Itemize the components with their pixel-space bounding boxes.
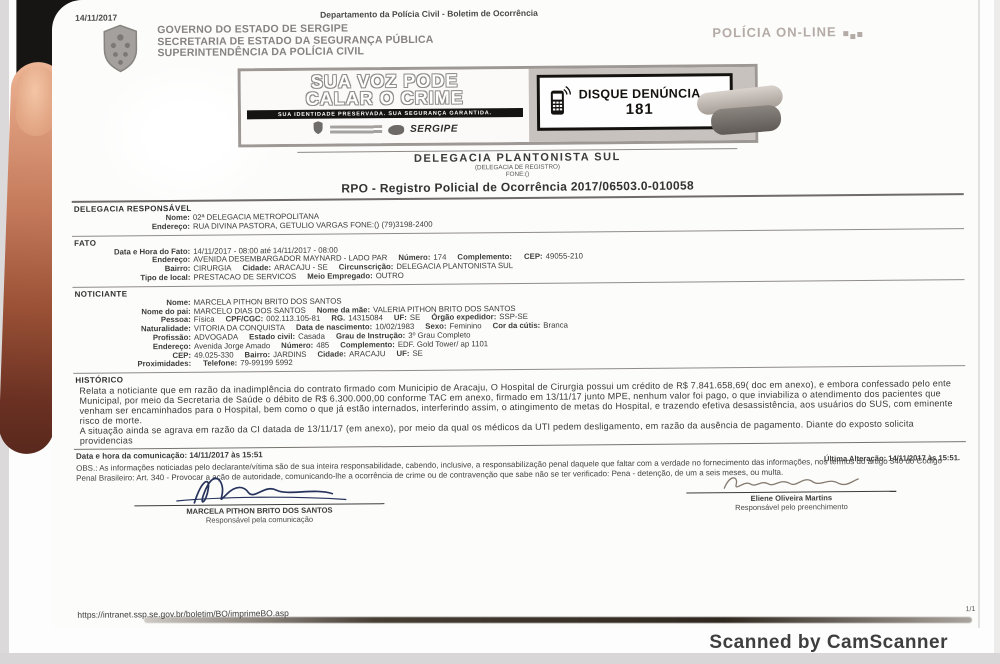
section-historico: HISTÓRICO Relata a noticiante que em raz… xyxy=(73,365,966,449)
signature-communicator: MARCELA PITHON BRITO DOS SANTOS Responsá… xyxy=(134,473,384,525)
field-value: 79-99199 5992 xyxy=(240,358,293,367)
field-label: CEP: xyxy=(524,252,543,261)
government-header: GOVERNO DO ESTADO DE SERGIPE SECRETARIA … xyxy=(157,23,433,60)
report-form: DELEGACIA RESPONSÁVEL Nome:02ª DELEGACIA… xyxy=(72,193,966,487)
field-value: Avenida Jorge Amado xyxy=(194,341,270,351)
policia-online-text: POLÍCIA ON-LINE xyxy=(712,24,836,40)
field-value: SE xyxy=(410,313,420,322)
slogan-line-2: CALAR O CRIME xyxy=(241,89,529,109)
signature-officer: Eliene Oliveira Martins Responsável pelo… xyxy=(686,469,896,521)
field-value: Feminino xyxy=(449,321,481,330)
camscanner-watermark: Scanned by CamScanner xyxy=(709,632,948,654)
pressing-hand-graphic xyxy=(693,75,784,138)
section-noticiante: NOTICIANTE Nome:MARCELA PITHON BRITO DOS… xyxy=(72,279,965,373)
photo-edge-bottom xyxy=(0,653,1000,664)
document-content: 14/11/2017 Departamento da Polícia Civil… xyxy=(52,0,985,632)
field-value: EDF. Gold Tower/ ap 1101 xyxy=(398,339,488,349)
field-label: Cidade: xyxy=(317,349,346,358)
field-value: SE xyxy=(412,348,422,357)
paper-edge-shadow xyxy=(144,617,972,623)
field-value: PRESTACAO DE SERVICOS xyxy=(193,272,296,282)
field-value: DELEGACIA PLANTONISTA SUL xyxy=(396,261,513,271)
signatures-row: MARCELA PITHON BRITO DOS SANTOS Responsá… xyxy=(74,468,966,526)
page-number: 1/1 xyxy=(966,606,976,613)
policia-online-logo: POLÍCIA ON-LINE xyxy=(712,24,862,40)
banner-slogan-area: SUA VOZ PODE CALAR O CRIME SUA IDENTIDAD… xyxy=(241,69,529,145)
field-value: Branca xyxy=(543,321,568,330)
photo-edge-right xyxy=(994,0,1000,664)
banner-tagline: SUA IDENTIDADE PRESERVADA. SUA SEGURANÇA… xyxy=(247,108,523,119)
signer-role: Responsável pela comunicação xyxy=(134,514,384,525)
org-line-3: SUPERINTENDÊNCIA DA POLÍCIA CIVIL xyxy=(157,46,433,60)
field-value: ARACAJU xyxy=(349,349,385,358)
section-fields: Data e Hora do Fato:14/11/2017 - 08:00at… xyxy=(72,241,964,284)
report-title-block: DELEGACIA PLANTONISTA SUL (DELEGACIA DE … xyxy=(53,146,981,198)
field-label: Endereço: xyxy=(72,223,190,233)
field-value: 174 xyxy=(433,253,446,262)
mini-crest-icon xyxy=(312,121,324,140)
field-label: RG. xyxy=(331,314,345,323)
banner-logo-row: SERGIPE xyxy=(241,119,529,141)
sergipe-swoosh-icon xyxy=(388,124,404,134)
sergipe-crest-icon xyxy=(100,23,140,78)
field-label: UF: xyxy=(394,313,407,322)
disque-text: DISQUE DENÚNCIA 181 xyxy=(579,86,701,118)
disque-denuncia-banner: SUA VOZ PODE CALAR O CRIME SUA IDENTIDAD… xyxy=(238,64,759,148)
gov-logos-smudge xyxy=(330,125,382,134)
sergipe-logo-text: SERGIPE xyxy=(410,124,458,135)
disque-number: 181 xyxy=(579,100,701,118)
field-label: Sexo: xyxy=(425,322,446,331)
scanned-photo: 14/11/2017 Departamento da Polícia Civil… xyxy=(0,0,1000,664)
field-value: 485 xyxy=(316,340,329,349)
banner-slogan: SUA VOZ PODE CALAR O CRIME xyxy=(241,72,529,109)
field-value: Física xyxy=(194,315,215,324)
field-label: Número: xyxy=(281,341,313,350)
field-label: Proximidades: xyxy=(73,360,191,370)
field-value: ADVOGADA xyxy=(194,332,238,341)
ultima-alteracao: Última Alteração: 14/11/2017 às 15:51. xyxy=(824,453,960,463)
disque-label: DISQUE DENÚNCIA xyxy=(579,86,701,101)
field-value: JARDINS xyxy=(273,349,306,358)
department-title: Departamento da Polícia Civil - Boletim … xyxy=(320,8,538,20)
section-fields: Nome:MARCELA PITHON BRITO DOS SANTOSNome… xyxy=(73,292,966,370)
section-fato: FATO Data e Hora do Fato:14/11/2017 - 08… xyxy=(72,228,964,287)
pixel-squares-icon xyxy=(841,24,862,39)
print-date: 14/11/2017 xyxy=(75,12,117,22)
field-label: Telefone: xyxy=(203,359,237,368)
field-value: Casada xyxy=(298,332,325,341)
field-value: OUTRO xyxy=(376,271,404,280)
field-label: UF: xyxy=(396,349,409,358)
field-label: Meio Empregado: xyxy=(307,271,372,281)
field-value: 49055-210 xyxy=(546,252,583,261)
field-label: Tipo de local: xyxy=(72,274,190,284)
field-label: Complemento: xyxy=(340,340,395,349)
field-value: até xyxy=(260,246,271,255)
signer-role: Responsável pelo preenchimento xyxy=(686,502,896,513)
document-paper: 14/11/2017 Departamento da Polícia Civil… xyxy=(52,0,980,628)
field-value: RUA DIVINA PASTORA, GETULIO VARGAS FONE:… xyxy=(193,220,433,231)
banner-disque-area: DISQUE DENÚNCIA 181 xyxy=(528,67,755,142)
field-label: Cor da cútis: xyxy=(493,321,541,330)
phone-icon xyxy=(548,83,572,122)
field-label: Estado civil: xyxy=(249,332,295,341)
